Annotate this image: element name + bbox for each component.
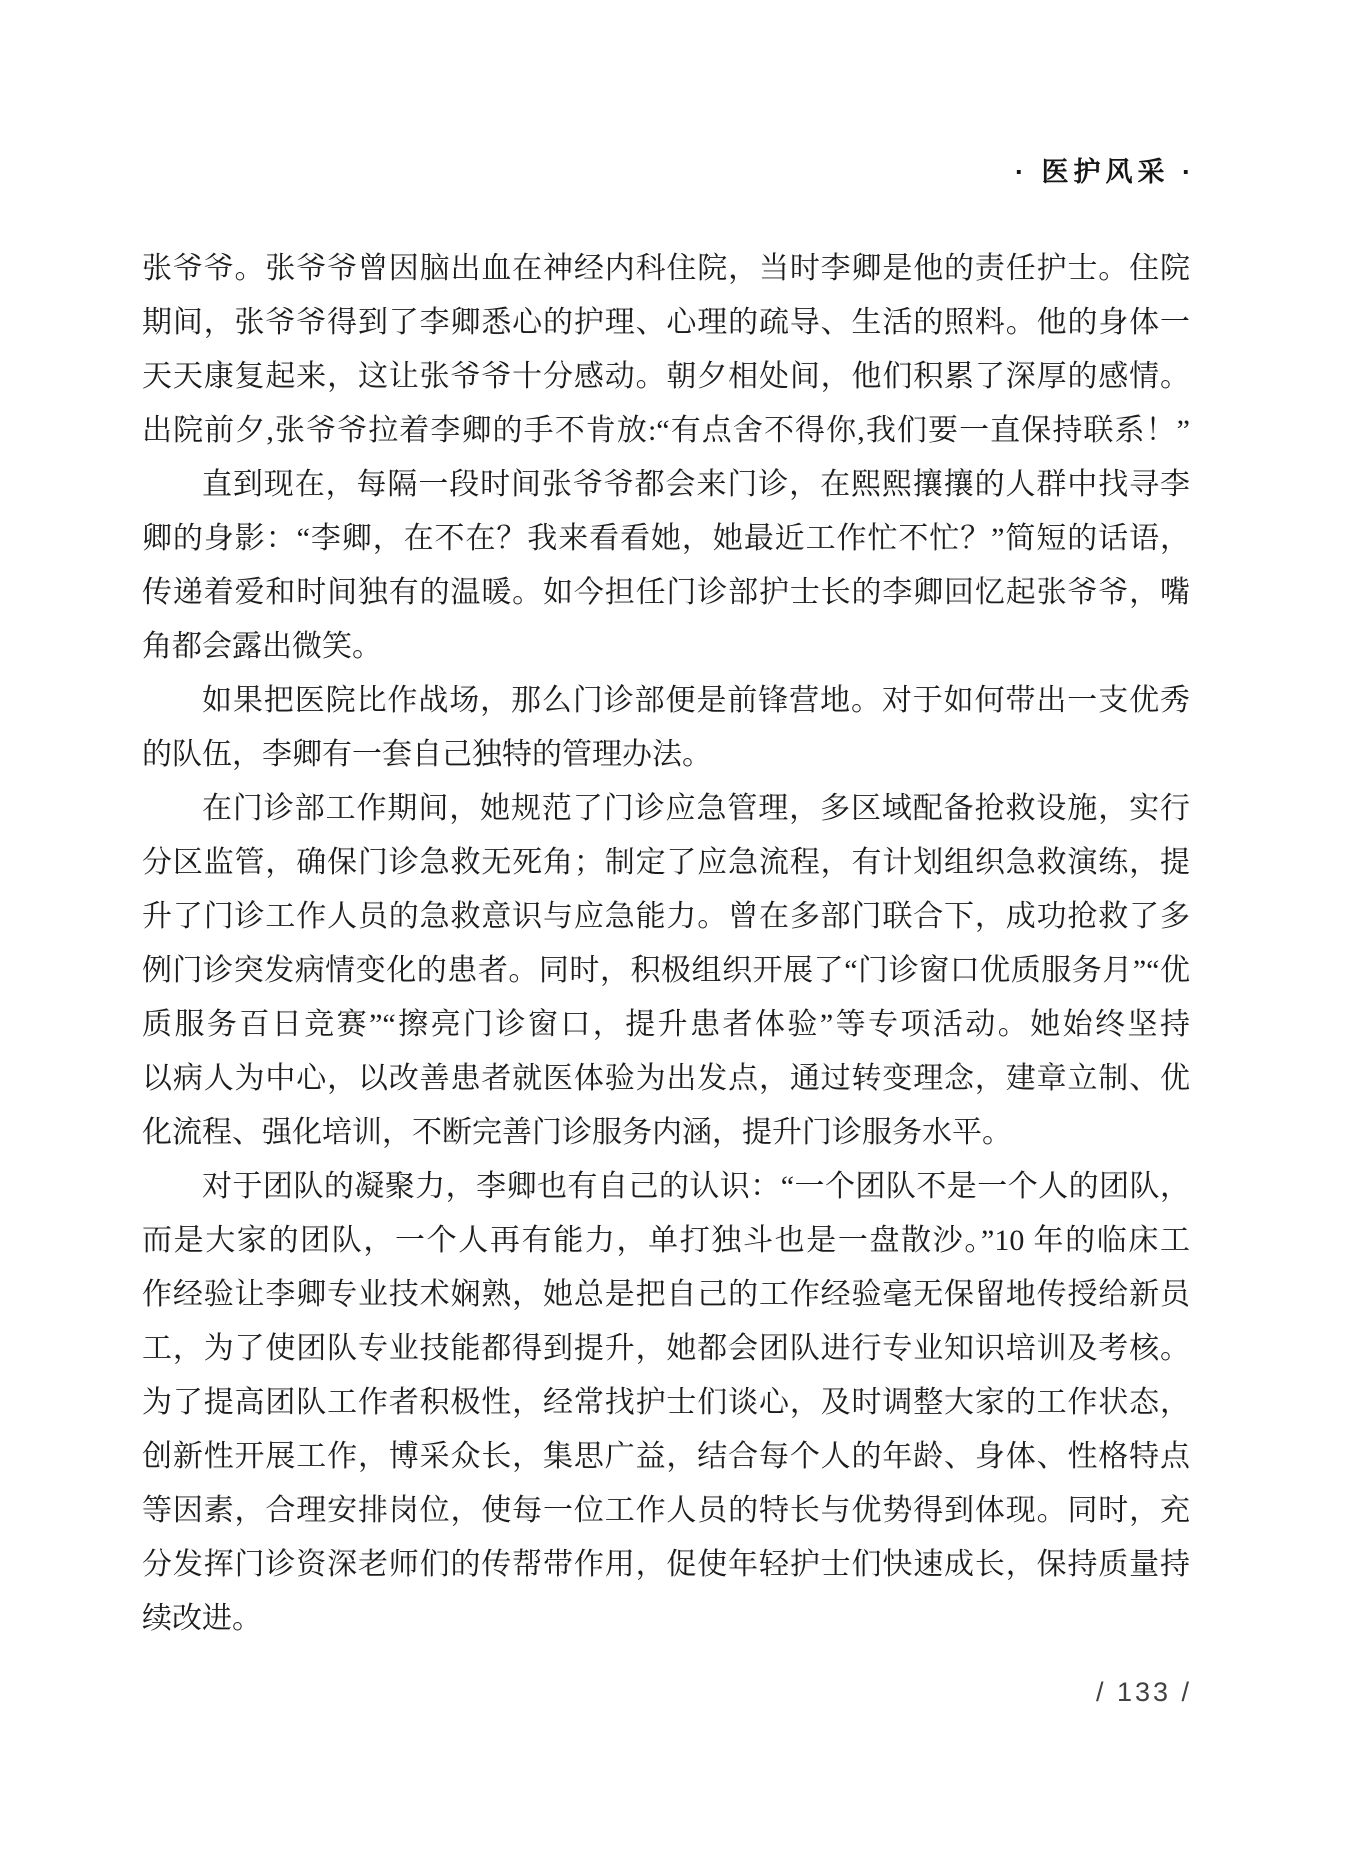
text-line: 等因素，合理安排岗位，使每一位工作人员的特长与优势得到体现。同时，充 — [142, 1484, 1190, 1538]
text-line: 创新性开展工作，博采众长，集思广益，结合每个人的年龄、身体、性格特点 — [142, 1430, 1190, 1484]
text-line: 分区监管，确保门诊急救无死角；制定了应急流程，有计划组织急救演练，提 — [142, 836, 1190, 890]
text-line: 期间，张爷爷得到了李卿悉心的护理、心理的疏导、生活的照料。他的身体一 — [142, 296, 1190, 350]
text-line: 张爷爷。张爷爷曾因脑出血在神经内科住院，当时李卿是他的责任护士。住院 — [142, 242, 1190, 296]
text-line: 对于团队的凝聚力，李卿也有自己的认识：“一个团队不是一个人的团队， — [142, 1160, 1190, 1214]
text-line: 天天康复起来，这让张爷爷十分感动。朝夕相处间，他们积累了深厚的感情。 — [142, 350, 1190, 404]
text-line: 而是大家的团队，一个人再有能力，单打独斗也是一盘散沙。”10 年的临床工 — [142, 1214, 1190, 1268]
text-line: 作经验让李卿专业技术娴熟，她总是把自己的工作经验毫无保留地传授给新员 — [142, 1268, 1190, 1322]
text-line: 升了门诊工作人员的急救意识与应急能力。曾在多部门联合下，成功抢救了多 — [142, 890, 1190, 944]
text-line: 为了提高团队工作者积极性，经常找护士们谈心，及时调整大家的工作状态， — [142, 1376, 1190, 1430]
text-line: 例门诊突发病情变化的患者。同时，积极组织开展了“门诊窗口优质服务月”“优 — [142, 944, 1190, 998]
text-line: 出院前夕,张爷爷拉着李卿的手不肯放:“有点舍不得你,我们要一直保持联系！” — [142, 404, 1190, 458]
text-line: 的队伍，李卿有一套自己独特的管理办法。 — [142, 728, 1190, 782]
text-line: 传递着爱和时间独有的温暖。如今担任门诊部护士长的李卿回忆起张爷爷，嘴 — [142, 566, 1190, 620]
text-line: 续改进。 — [142, 1592, 1190, 1646]
document-page: · 医护风采 · 张爷爷。张爷爷曾因脑出血在神经内科住院，当时李卿是他的责任护士… — [0, 0, 1362, 1858]
text-line: 在门诊部工作期间，她规范了门诊应急管理，多区域配备抢救设施，实行 — [142, 782, 1190, 836]
text-line: 分发挥门诊资深老师们的传帮带作用，促使年轻护士们快速成长，保持质量持 — [142, 1538, 1190, 1592]
text-line: 卿的身影：“李卿，在不在？我来看看她，她最近工作忙不忙？”简短的话语， — [142, 512, 1190, 566]
section-header: · 医护风采 · — [1015, 156, 1196, 188]
text-line: 工，为了使团队专业技能都得到提升，她都会团队进行专业知识培训及考核。 — [142, 1322, 1190, 1376]
text-line: 以病人为中心，以改善患者就医体验为出发点，通过转变理念，建章立制、优 — [142, 1052, 1190, 1106]
text-line: 角都会露出微笑。 — [142, 620, 1190, 674]
text-line: 直到现在，每隔一段时间张爷爷都会来门诊，在熙熙攘攘的人群中找寻李 — [142, 458, 1190, 512]
text-line: 质服务百日竞赛”“擦亮门诊窗口，提升患者体验”等专项活动。她始终坚持 — [142, 998, 1190, 1052]
text-line: 如果把医院比作战场，那么门诊部便是前锋营地。对于如何带出一支优秀 — [142, 674, 1190, 728]
text-line: 化流程、强化培训，不断完善门诊服务内涵，提升门诊服务水平。 — [142, 1106, 1190, 1160]
article-body: 张爷爷。张爷爷曾因脑出血在神经内科住院，当时李卿是他的责任护士。住院 期间，张爷… — [142, 242, 1190, 1646]
page-number: / 133 / — [1096, 1676, 1192, 1708]
